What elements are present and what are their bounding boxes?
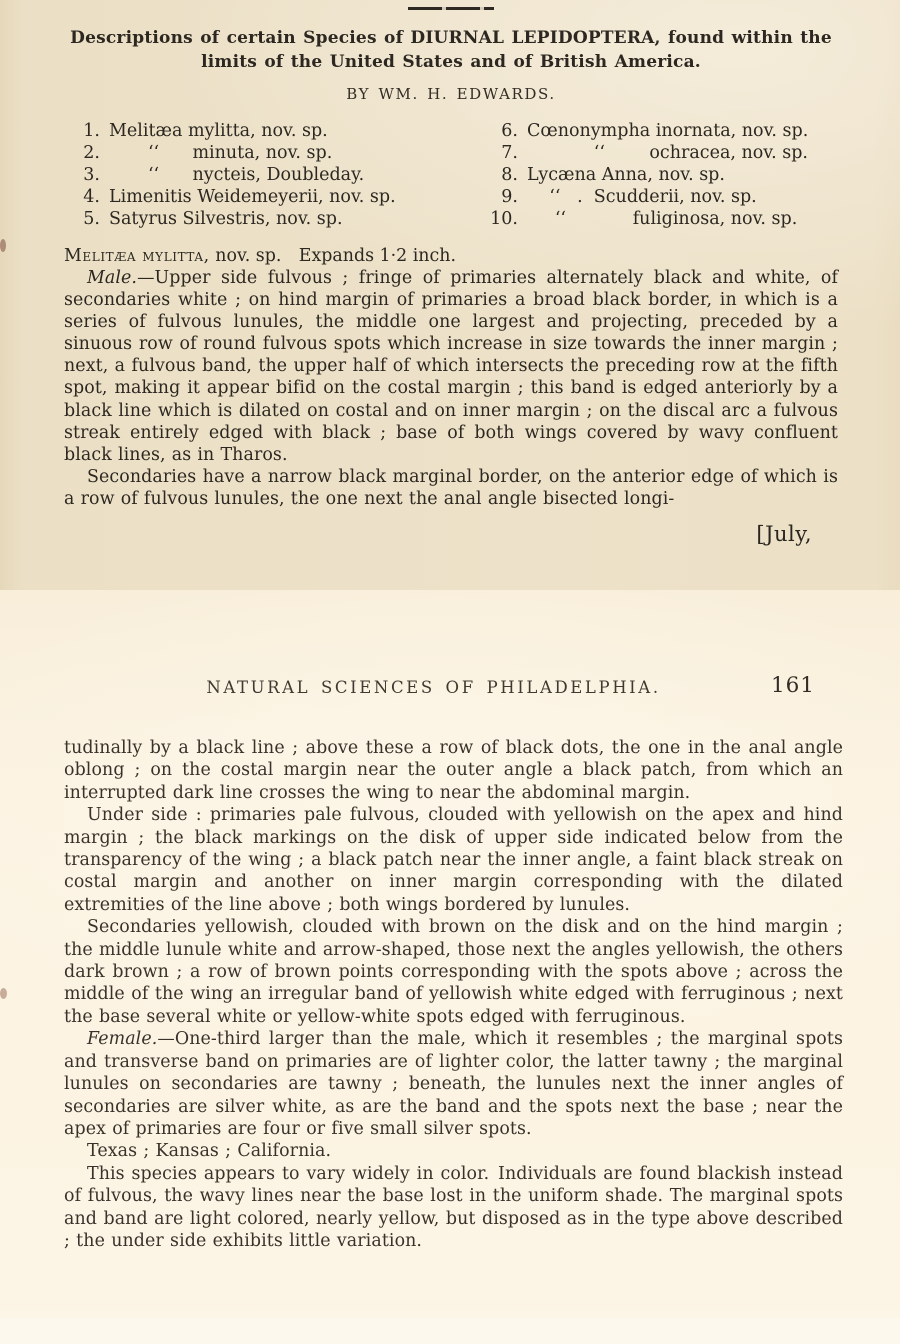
female-description-paragraph: Female.—One-third larger than the male, … [64, 1028, 843, 1140]
item-number: 10. [466, 208, 518, 230]
page-number: 161 [771, 673, 815, 698]
list-item: 8. Lycæna Anna, nov. sp. [466, 164, 838, 186]
running-header: NATURAL SCIENCES OF PHILADELPHIA. 161 [64, 678, 803, 697]
locality-line: Texas ; Kansas ; California. [64, 1140, 843, 1162]
species-list-right-column: 6. Cœnonympha inornata, nov. sp. 7. ‘‘ o… [466, 120, 838, 230]
list-item: 9. ‘‘ . Scudderii, nov. sp. [466, 186, 838, 208]
male-description-text: —Upper side fulvous ; fringe of primarie… [64, 268, 838, 465]
continuation-paragraph: tudinally by a black line ; above these … [64, 737, 843, 804]
male-label: Male. [87, 268, 137, 288]
item-label: ‘‘ ochracea, nov. sp. [518, 142, 808, 164]
item-label: Cœnonympha inornata, nov. sp. [518, 120, 808, 142]
item-number: 7. [466, 142, 518, 164]
page1-sheet: Descriptions of certain Species of DIURN… [0, 0, 900, 590]
secondaries-underside-paragraph: Secondaries yellowish, clouded with brow… [64, 916, 843, 1028]
species-list: 1. Melitæa mylitta, nov. sp. 2. ‘‘ minut… [70, 120, 838, 230]
item-number: 4. [70, 186, 100, 208]
list-item: 4. Limenitis Weidemeyerii, nov. sp. [70, 186, 466, 208]
closing-paragraph: This species appears to vary widely in c… [64, 1163, 843, 1253]
item-number: 8. [466, 164, 518, 186]
species-list-left-column: 1. Melitæa mylitta, nov. sp. 2. ‘‘ minut… [70, 120, 466, 230]
list-item: 10. ‘‘ fuliginosa, nov. sp. [466, 208, 838, 230]
item-label: ‘‘ minuta, nov. sp. [100, 142, 332, 164]
item-label: Melitæa mylitta, nov. sp. [100, 120, 328, 142]
month-catchword: [July, [64, 522, 812, 546]
item-number: 3. [70, 164, 100, 186]
secondaries-paragraph: Secondaries have a narrow black marginal… [64, 466, 838, 510]
list-item: 2. ‘‘ minuta, nov. sp. [70, 142, 466, 164]
ornament-rule [408, 7, 494, 10]
species-name: Melitæa mylitta, [64, 246, 210, 266]
page-bottom-margin [0, 1318, 900, 1344]
underside-paragraph: Under side : primaries pale fulvous, clo… [64, 804, 843, 916]
item-number: 1. [70, 120, 100, 142]
item-label: ‘‘ . Scudderii, nov. sp. [518, 186, 757, 208]
item-number: 5. [70, 208, 100, 230]
byline: BY WM. H. EDWARDS. [64, 85, 838, 103]
list-item: 5. Satyrus Silvestris, nov. sp. [70, 208, 466, 230]
article-title: Descriptions of certain Species of DIURN… [64, 27, 838, 74]
scanned-journal-spread: Descriptions of certain Species of DIURN… [0, 0, 900, 1344]
list-item: 1. Melitæa mylitta, nov. sp. [70, 120, 466, 142]
list-item: 6. Cœnonympha inornata, nov. sp. [466, 120, 838, 142]
species-heading: Melitæa mylitta, nov. sp. Expands 1·2 in… [64, 245, 838, 267]
item-label: ‘‘ fuliginosa, nov. sp. [518, 208, 797, 230]
page2-sheet: NATURAL SCIENCES OF PHILADELPHIA. 161 tu… [0, 590, 900, 1344]
running-header-text: NATURAL SCIENCES OF PHILADELPHIA. [206, 678, 660, 697]
item-number: 9. [466, 186, 518, 208]
page2-body: tudinally by a black line ; above these … [64, 737, 843, 1252]
list-item: 3. ‘‘ nycteis, Doubleday. [70, 164, 466, 186]
item-label: Satyrus Silvestris, nov. sp. [100, 208, 343, 230]
list-item: 7. ‘‘ ochracea, nov. sp. [466, 142, 838, 164]
species-heading-rest: nov. sp. Expands 1·2 inch. [210, 246, 456, 266]
male-description-paragraph: Male.—Upper side fulvous ; fringe of pri… [64, 267, 838, 466]
item-label: Limenitis Weidemeyerii, nov. sp. [100, 186, 396, 208]
item-number: 6. [466, 120, 518, 142]
item-number: 2. [70, 142, 100, 164]
scan-mark [0, 988, 7, 999]
female-description-text: —One-third larger than the male, which i… [64, 1029, 843, 1139]
female-label: Female. [87, 1029, 157, 1049]
item-label: ‘‘ nycteis, Doubleday. [100, 164, 364, 186]
scan-mark [0, 239, 6, 252]
item-label: Lycæna Anna, nov. sp. [518, 164, 725, 186]
